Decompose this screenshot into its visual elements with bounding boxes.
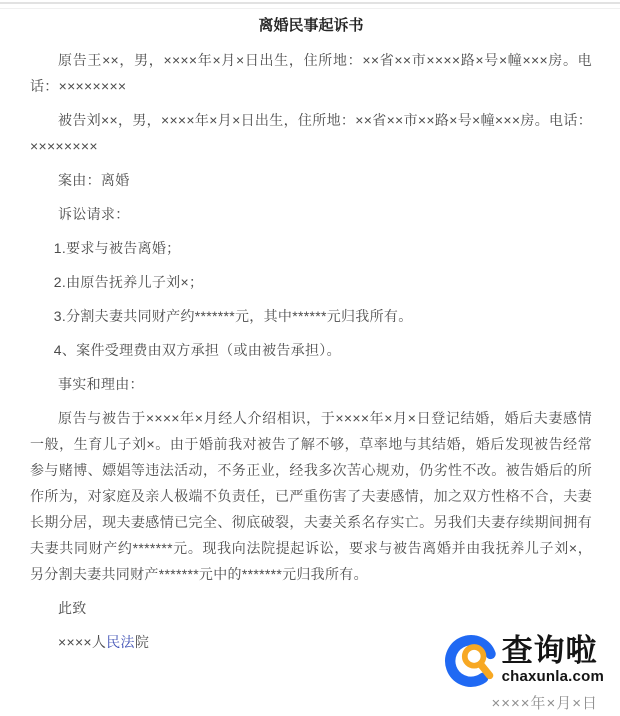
claim-item-3: 3.分割夫妻共同财产约*******元，其中******元归我所有。 bbox=[30, 303, 592, 329]
plaintiff-info-paragraph: 原告王××，男，××××年×月×日出生，住所地：××省××市××××路×号×幢×… bbox=[30, 47, 592, 99]
document-date-line: ××××年×月×日 bbox=[491, 692, 598, 713]
watermark-brand-name: 查询啦 bbox=[502, 634, 604, 668]
minfa-term-link[interactable]: 民法 bbox=[106, 634, 135, 650]
magnifier-q-logo-icon bbox=[444, 634, 498, 688]
facts-body-paragraph: 原告与被告于××××年×月经人介绍相识，于××××年×月×日登记结婚，婚后夫妻感… bbox=[30, 405, 592, 587]
document-title: 离婚民事起诉书 bbox=[30, 14, 592, 35]
court-name-suffix: 院 bbox=[135, 634, 149, 650]
defendant-info-paragraph: 被告刘××，男，××××年×月×日出生，住所地：××省××市××路×号×幢×××… bbox=[30, 107, 592, 159]
top-divider-secondary bbox=[0, 8, 620, 9]
closing-salutation: 此致 bbox=[30, 595, 592, 621]
claims-heading: 诉讼请求： bbox=[30, 201, 592, 227]
complaint-document: 离婚民事起诉书 原告王××，男，××××年×月×日出生，住所地：××省××市××… bbox=[0, 0, 620, 655]
claim-item-2: 2.由原告抚养儿子刘×； bbox=[30, 269, 592, 295]
claim-item-4: 4、案件受理费由双方承担（或由被告承担）。 bbox=[30, 337, 592, 363]
court-name-prefix: ××××人 bbox=[58, 634, 106, 650]
facts-heading: 事实和理由： bbox=[30, 371, 592, 397]
watermark-text-block: 查询啦 chaxunla.com bbox=[502, 634, 604, 685]
cause-of-action: 案由：离婚 bbox=[30, 167, 592, 193]
top-divider-primary bbox=[0, 2, 620, 4]
watermark-brand-domain: chaxunla.com bbox=[502, 668, 604, 685]
claim-item-1: 1.要求与被告离婚； bbox=[30, 235, 592, 261]
chaxunla-watermark: 查询啦 chaxunla.com bbox=[444, 634, 604, 688]
